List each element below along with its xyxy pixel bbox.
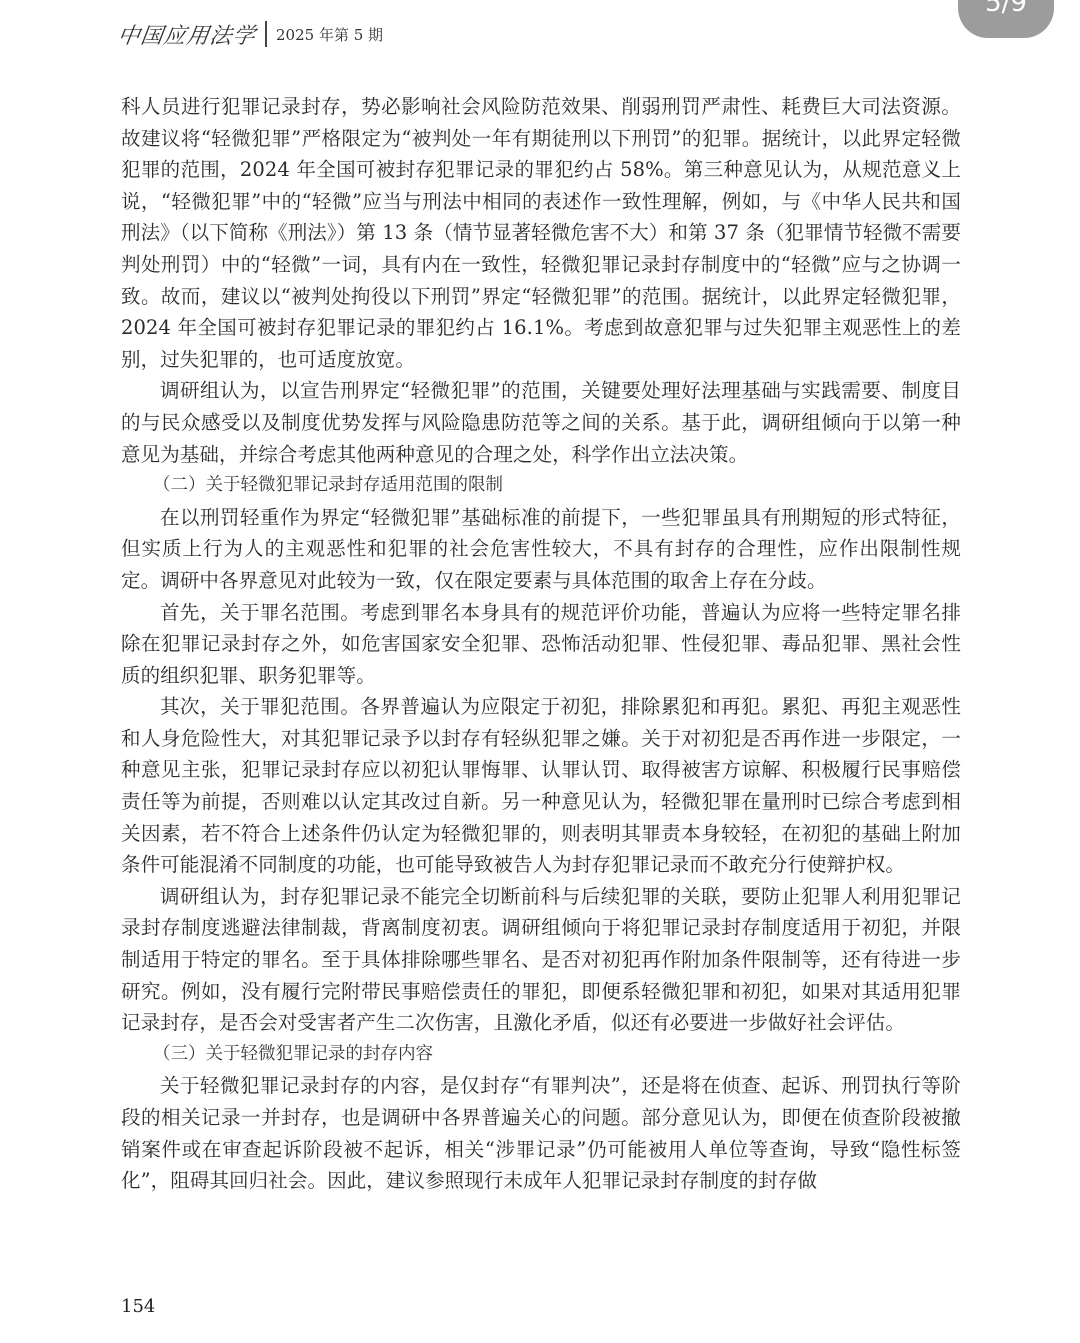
paragraph-continuation: 科人员进行犯罪记录封存，势必影响社会风险防范效果、削弱刑罚严肃性、耗费巨大司法资… xyxy=(121,91,961,375)
journal-logo: 中国应用法学 xyxy=(116,19,258,50)
section-heading: （二）关于轻微犯罪记录封存适用范围的限制 xyxy=(121,470,961,502)
running-header: 中国应用法学 2025 年第 5 期 xyxy=(118,14,383,54)
paragraph: 在以刑罚轻重作为界定“轻微犯罪”基础标准的前提下，一些犯罪虽具有刑期短的形式特征… xyxy=(121,502,961,597)
article-body: 科人员进行犯罪记录封存，势必影响社会风险防范效果、削弱刑罚严肃性、耗费巨大司法资… xyxy=(121,91,961,1197)
paragraph: 调研组认为，封存犯罪记录不能完全切断前科与后续犯罪的关联，要防止犯罪人利用犯罪记… xyxy=(121,881,961,1039)
header-divider xyxy=(265,21,267,47)
paragraph: 调研组认为，以宣告刑界定“轻微犯罪”的范围，关键要处理好法理基础与实践需要、制度… xyxy=(121,375,961,470)
page-number: 154 xyxy=(121,1296,155,1317)
paragraph: 首先，关于罪名范围。考虑到罪名本身具有的规范评价功能，普遍认为应将一些特定罪名排… xyxy=(121,597,961,692)
issue-label: 2025 年第 5 期 xyxy=(276,24,383,45)
section-heading: （三）关于轻微犯罪记录的封存内容 xyxy=(121,1039,961,1071)
page-indicator-badge: 5/9 xyxy=(958,0,1054,38)
paragraph: 关于轻微犯罪记录封存的内容，是仅封存“有罪判决”，还是将在侦查、起诉、刑罚执行等… xyxy=(121,1070,961,1196)
paragraph: 其次，关于罪犯范围。各界普遍认为应限定于初犯，排除累犯和再犯。累犯、再犯主观恶性… xyxy=(121,691,961,881)
